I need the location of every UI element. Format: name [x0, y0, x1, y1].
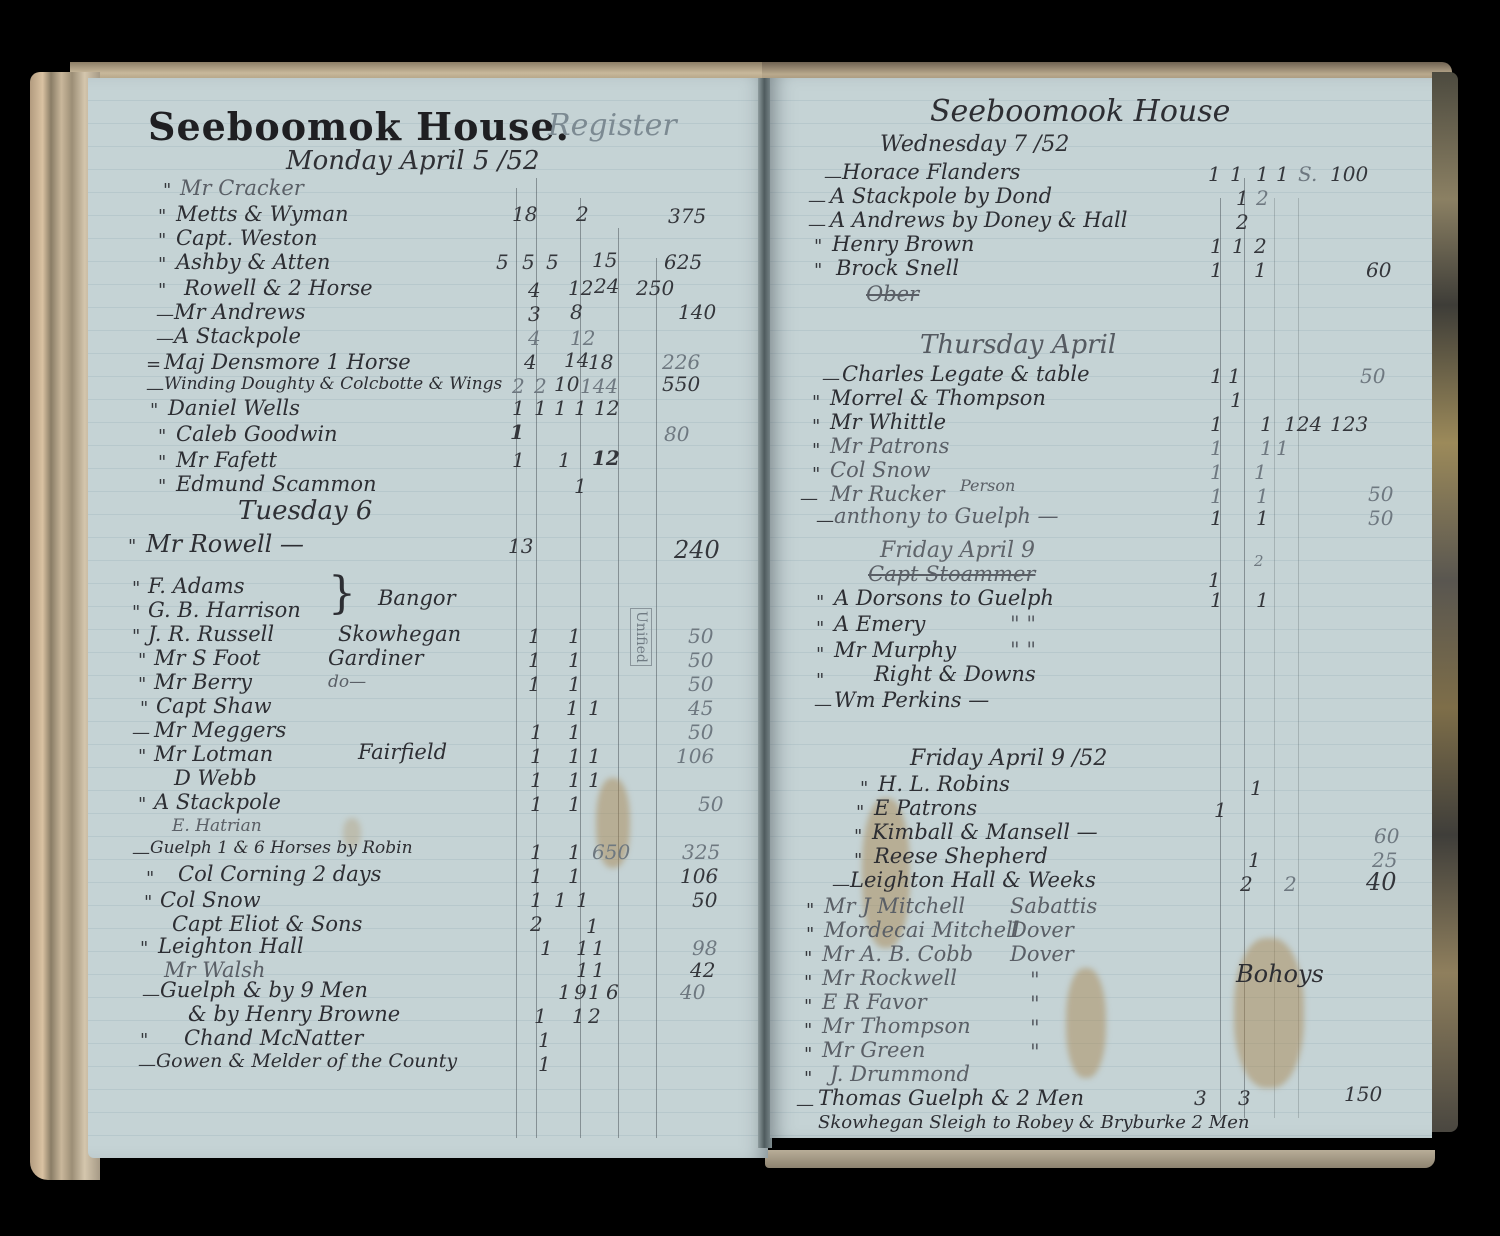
- guest-name: F. Adams: [148, 574, 244, 598]
- guest-name: E Patrons: [874, 796, 977, 820]
- ledger-stamp: Unified: [630, 608, 652, 666]
- guest-name: Mordecai Mitchell: [824, 918, 1020, 942]
- open-ledger-book: Seeboomok House. Register Monday April 5…: [30, 62, 1458, 1180]
- guest-name: Mr Whittle: [830, 410, 946, 434]
- guest-name: E R Favor: [822, 990, 927, 1014]
- guest-name: Mr Rucker: [830, 482, 945, 506]
- brace-symbol: }: [328, 568, 356, 619]
- guest-name: Mr Green: [822, 1038, 925, 1062]
- guest-name: A Stackpole: [174, 324, 301, 348]
- title-annotation: Register: [548, 108, 677, 143]
- guest-name: A Dorsons to Guelph: [834, 586, 1054, 610]
- guest-name: Mr Murphy: [834, 638, 956, 662]
- guest-name: A Stackpole: [154, 790, 281, 814]
- guest-name: Brock Snell: [836, 256, 959, 280]
- ditto-mark: ": [1030, 1016, 1040, 1040]
- guest-name: J. R. Russell: [148, 622, 274, 646]
- guest-name: G. B. Harrison: [148, 598, 301, 622]
- day-heading-tuesday: Tuesday 6: [238, 496, 372, 526]
- guest-name: Mr Meggers: [154, 718, 286, 742]
- guest-name: Winding Doughty & Colcbotte & Wings: [164, 374, 502, 394]
- guest-name: Mr Rockwell: [822, 966, 957, 990]
- guest-name: Henry Brown: [832, 232, 974, 256]
- ditto-mark: ": [1030, 968, 1040, 992]
- left-page: Seeboomok House. Register Monday April 5…: [88, 78, 768, 1158]
- marbled-cover-edge-right: [1432, 72, 1458, 1132]
- place-name: Sabattis: [1010, 894, 1097, 918]
- guest-name: Edmund Scammon: [176, 472, 377, 496]
- guest-name: Mr Berry: [154, 670, 252, 694]
- guest-name: D Webb: [174, 766, 257, 790]
- guest-name: Rowell & 2 Horse: [184, 276, 373, 300]
- guest-name: Metts & Wyman: [176, 202, 349, 226]
- guest-name: Mr Lotman: [154, 742, 273, 766]
- guest-name: Horace Flanders: [842, 160, 1020, 184]
- ditto-mark: " ": [1010, 638, 1036, 662]
- guest-name: Ober: [866, 282, 919, 306]
- guest-name: Mr Cracker: [180, 176, 304, 200]
- guest-name: Mr S Foot: [154, 646, 260, 670]
- place-name: Dover: [1010, 942, 1074, 966]
- guest-name: & by Henry Browne: [188, 1002, 400, 1026]
- stain: [1066, 968, 1106, 1078]
- guest-name: Capt Shaw: [156, 694, 272, 718]
- guest-name: Leighton Hall: [158, 934, 304, 958]
- day-heading-friday-struck: Friday April 9: [880, 538, 1035, 563]
- guest-name: Col Corning 2 days: [178, 862, 381, 886]
- place-name: Skowhegan: [338, 622, 461, 646]
- guest-name: Leighton Hall & Weeks: [850, 868, 1096, 892]
- guest-name: Mr Patrons: [830, 434, 949, 458]
- guest-name: Skowhegan Sleigh to Robey & Bryburke 2 M…: [818, 1112, 1249, 1133]
- column-rule: [656, 258, 657, 1138]
- guest-name: Right & Downs: [874, 662, 1036, 686]
- guest-name: Caleb Goodwin: [176, 422, 338, 446]
- guest-name: Maj Densmore 1 Horse: [164, 350, 411, 374]
- column-rule: [1220, 198, 1221, 1118]
- ditto-mark: ": [1030, 992, 1040, 1016]
- date-line: Monday April 5 /52: [286, 146, 540, 176]
- guest-name: Morrel & Thompson: [830, 386, 1046, 410]
- guest-name: Col Snow: [830, 458, 931, 482]
- guest-name: Reese Shepherd: [874, 844, 1048, 868]
- right-page: Seeboomook House Wednesday 7 /52 — Horac…: [770, 78, 1432, 1138]
- guest-name: A Emery: [834, 612, 925, 636]
- guest-name: Chand McNatter: [184, 1026, 363, 1050]
- place-name: do—: [328, 672, 366, 692]
- guest-name: Capt. Weston: [176, 226, 318, 250]
- bracket-label: Bohoys: [1236, 960, 1324, 988]
- guest-name: A Stackpole by Dond: [830, 184, 1052, 208]
- guest-name: Ashby & Atten: [176, 250, 330, 274]
- page-title: Seeboomook House: [930, 94, 1230, 129]
- guest-name: Wm Perkins —: [834, 688, 989, 712]
- column-rule: [516, 188, 517, 1138]
- guest-name: J. Drummond: [830, 1062, 970, 1086]
- guest-name: Col Snow: [160, 888, 261, 912]
- place-name: Dover: [1010, 918, 1074, 942]
- guest-name: H. L. Robins: [878, 772, 1010, 796]
- date-line: Wednesday 7 /52: [880, 132, 1069, 157]
- guest-name: Kimball & Mansell —: [872, 820, 1098, 844]
- book-bottom-edge-right: [765, 1150, 1435, 1168]
- guest-name: Capt Stoammer: [868, 562, 1035, 586]
- guest-name: Mr Fafett: [176, 448, 277, 472]
- guest-name: anthony to Guelph —: [834, 504, 1059, 528]
- ditto-mark: ": [1030, 1040, 1040, 1064]
- guest-name: Mr J Mitchell: [824, 894, 965, 918]
- guest-name: Mr A. B. Cobb: [822, 942, 973, 966]
- page-title: Seeboomok House.: [148, 104, 570, 149]
- guest-name: Thomas Guelph & 2 Men: [818, 1086, 1084, 1110]
- guest-name: Gowen & Melder of the County: [156, 1050, 457, 1072]
- ditto-mark: " ": [1010, 612, 1036, 636]
- guest-name: Mr Andrews: [174, 300, 306, 324]
- guest-name: Mr Rowell —: [146, 530, 304, 558]
- guest-name: Daniel Wells: [168, 396, 300, 420]
- guest-name: Guelph 1 & 6 Horses by Robin: [150, 838, 413, 858]
- guest-name: Guelph & by 9 Men: [160, 978, 368, 1002]
- guest-name: A Andrews by Doney & Hall: [830, 208, 1127, 232]
- guest-name: E. Hatrian: [172, 816, 262, 836]
- place-name: Person: [960, 476, 1015, 495]
- place-name: Bangor: [378, 586, 456, 610]
- day-heading-friday: Friday April 9 /52: [910, 746, 1107, 771]
- guest-name: Charles Legate & table: [842, 362, 1090, 386]
- guest-name: Mr Thompson: [822, 1014, 971, 1038]
- place-name: Fairfield: [358, 740, 447, 764]
- day-heading-thursday: Thursday April: [920, 330, 1116, 360]
- guest-name: Capt Eliot & Sons: [172, 912, 362, 936]
- place-name: Gardiner: [328, 646, 423, 670]
